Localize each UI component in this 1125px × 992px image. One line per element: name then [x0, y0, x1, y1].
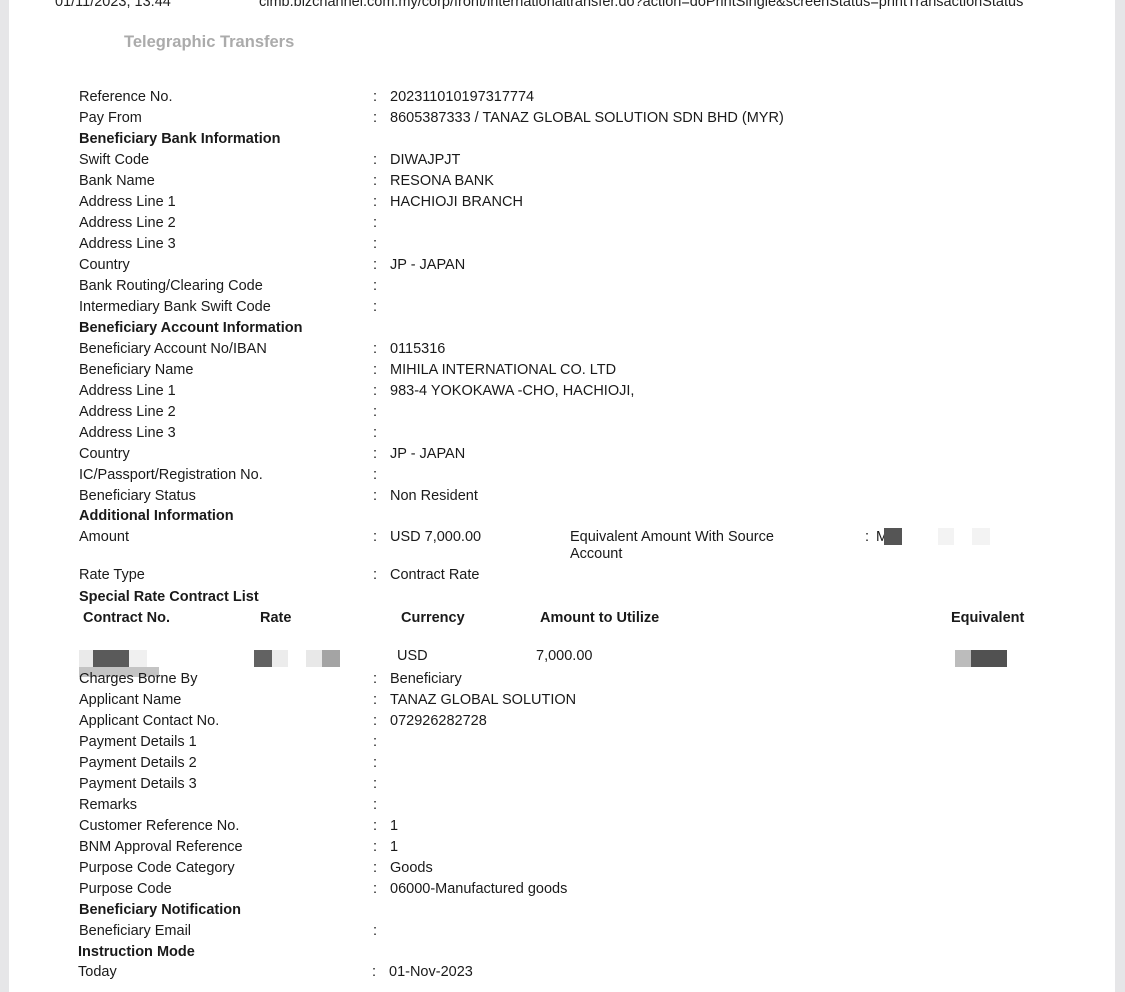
field-label: Amount	[79, 529, 129, 545]
field-value: 1	[390, 839, 398, 855]
redaction-block	[884, 528, 902, 545]
field-value: USD 7,000.00	[390, 529, 481, 545]
field-colon: :	[373, 173, 377, 189]
print-datetime: 01/11/2023, 13:44	[55, 0, 171, 10]
field-value: TANAZ GLOBAL SOLUTION	[390, 692, 576, 708]
field-label: Country	[79, 257, 130, 273]
field-label: Bank Name	[79, 173, 155, 189]
field-value: DIWAJPJT	[390, 152, 460, 168]
field-label: Address Line 1	[79, 194, 176, 210]
field-value: 072926282728	[390, 713, 487, 729]
field-value: 01-Nov-2023	[389, 964, 473, 980]
field-colon: :	[373, 755, 377, 771]
field-colon: :	[373, 881, 377, 897]
field-colon: :	[373, 152, 377, 168]
field-colon: :	[373, 362, 377, 378]
field-value: Beneficiary	[390, 671, 462, 687]
field-label: Country	[79, 446, 130, 462]
field-label: Address Line 2	[79, 215, 176, 231]
field-colon: :	[373, 404, 377, 420]
column-header-rate: Rate	[260, 610, 291, 626]
field-label: Beneficiary Name	[79, 362, 193, 378]
field-colon: :	[373, 89, 377, 105]
field-colon: :	[373, 713, 377, 729]
redaction-block	[272, 650, 288, 667]
field-colon: :	[373, 425, 377, 441]
field-label: Payment Details 2	[79, 755, 197, 771]
field-label: Beneficiary Account No/IBAN	[79, 341, 267, 357]
field-label: Swift Code	[79, 152, 149, 168]
field-colon: :	[373, 776, 377, 792]
section-heading-notification: Beneficiary Notification	[79, 902, 241, 918]
section-heading-special-rate: Special Rate Contract List	[79, 589, 259, 605]
print-url: cimb.bizchannel.com.my/corp/front/intern…	[259, 0, 1023, 10]
field-colon: :	[373, 467, 377, 483]
field-colon: :	[865, 529, 869, 545]
field-colon: :	[373, 341, 377, 357]
field-colon: :	[373, 797, 377, 813]
page-title: Telegraphic Transfers	[124, 33, 294, 52]
field-colon: :	[373, 257, 377, 273]
field-label: Address Line 2	[79, 404, 176, 420]
equivalent-amount-label: Equivalent Amount With Source Account	[570, 529, 810, 563]
field-label: Applicant Contact No.	[79, 713, 219, 729]
field-value: MIHILA INTERNATIONAL CO. LTD	[390, 362, 616, 378]
print-page: 01/11/2023, 13:44 cimb.bizchannel.com.my…	[9, 0, 1115, 992]
column-header-amount: Amount to Utilize	[540, 610, 659, 626]
field-value: JP - JAPAN	[390, 257, 465, 273]
field-label: Charges Borne By	[79, 671, 197, 687]
field-colon: :	[373, 446, 377, 462]
field-label: Remarks	[79, 797, 137, 813]
field-colon: :	[372, 964, 376, 980]
field-label: Purpose Code	[79, 881, 172, 897]
section-heading-instruction-mode: Instruction Mode	[78, 944, 195, 960]
field-value: Goods	[390, 860, 433, 876]
field-colon: :	[373, 923, 377, 939]
field-label: Today	[78, 964, 117, 980]
cell-amount: 7,000.00	[536, 648, 592, 664]
field-value: 0115316	[390, 341, 445, 357]
field-label: BNM Approval Reference	[79, 839, 243, 855]
field-value: Contract Rate	[390, 567, 479, 583]
field-label: Address Line 3	[79, 236, 176, 252]
redaction-block	[972, 528, 990, 545]
field-label: Address Line 1	[79, 383, 176, 399]
redaction-block	[306, 650, 322, 667]
field-colon: :	[373, 383, 377, 399]
field-colon: :	[373, 567, 377, 583]
column-header-equivalent: Equivalent	[951, 610, 1024, 626]
redaction-block	[79, 650, 93, 667]
field-colon: :	[373, 692, 377, 708]
field-label: Beneficiary Email	[79, 923, 191, 939]
field-value: 983-4 YOKOKAWA -CHO, HACHIOJI,	[390, 383, 634, 399]
field-label: Applicant Name	[79, 692, 181, 708]
field-label: Payment Details 1	[79, 734, 197, 750]
field-value: JP - JAPAN	[390, 446, 465, 462]
field-colon: :	[373, 839, 377, 855]
section-heading-bank-info: Beneficiary Bank Information	[79, 131, 280, 147]
field-colon: :	[373, 671, 377, 687]
field-label: Bank Routing/Clearing Code	[79, 278, 263, 294]
field-colon: :	[373, 236, 377, 252]
field-label: Purpose Code Category	[79, 860, 235, 876]
field-label: Reference No.	[79, 89, 173, 105]
field-value: RESONA BANK	[390, 173, 494, 189]
field-colon: :	[373, 734, 377, 750]
field-colon: :	[373, 215, 377, 231]
field-value: 202311010197317774	[390, 89, 534, 105]
field-label: Payment Details 3	[79, 776, 197, 792]
field-value: HACHIOJI BRANCH	[390, 194, 523, 210]
section-heading-account-info: Beneficiary Account Information	[79, 320, 302, 336]
field-value: 06000-Manufactured goods	[390, 881, 567, 897]
field-colon: :	[373, 299, 377, 315]
redaction-block	[938, 528, 954, 545]
column-header-contract-no: Contract No.	[83, 610, 170, 626]
section-heading-additional-info: Additional Information	[79, 508, 234, 524]
field-colon: :	[373, 818, 377, 834]
field-label: Intermediary Bank Swift Code	[79, 299, 271, 315]
cell-currency: USD	[397, 648, 428, 664]
field-label: Beneficiary Status	[79, 488, 196, 504]
field-value: 1	[390, 818, 398, 834]
field-colon: :	[373, 278, 377, 294]
field-label: Address Line 3	[79, 425, 176, 441]
field-colon: :	[373, 529, 377, 545]
field-colon: :	[373, 110, 377, 126]
redaction-block	[955, 650, 971, 667]
column-header-currency: Currency	[401, 610, 465, 626]
field-label: Rate Type	[79, 567, 145, 583]
field-colon: :	[373, 194, 377, 210]
field-value: 8605387333 / TANAZ GLOBAL SOLUTION SDN B…	[390, 110, 784, 126]
field-label: IC/Passport/Registration No.	[79, 467, 263, 483]
field-colon: :	[373, 860, 377, 876]
field-value: Non Resident	[390, 488, 478, 504]
field-colon: :	[373, 488, 377, 504]
redaction-block	[254, 650, 272, 667]
redaction-block	[322, 650, 340, 667]
redaction-block	[93, 650, 129, 667]
redaction-block	[971, 650, 1007, 667]
field-label: Customer Reference No.	[79, 818, 239, 834]
field-label: Pay From	[79, 110, 142, 126]
redaction-block	[129, 650, 147, 667]
